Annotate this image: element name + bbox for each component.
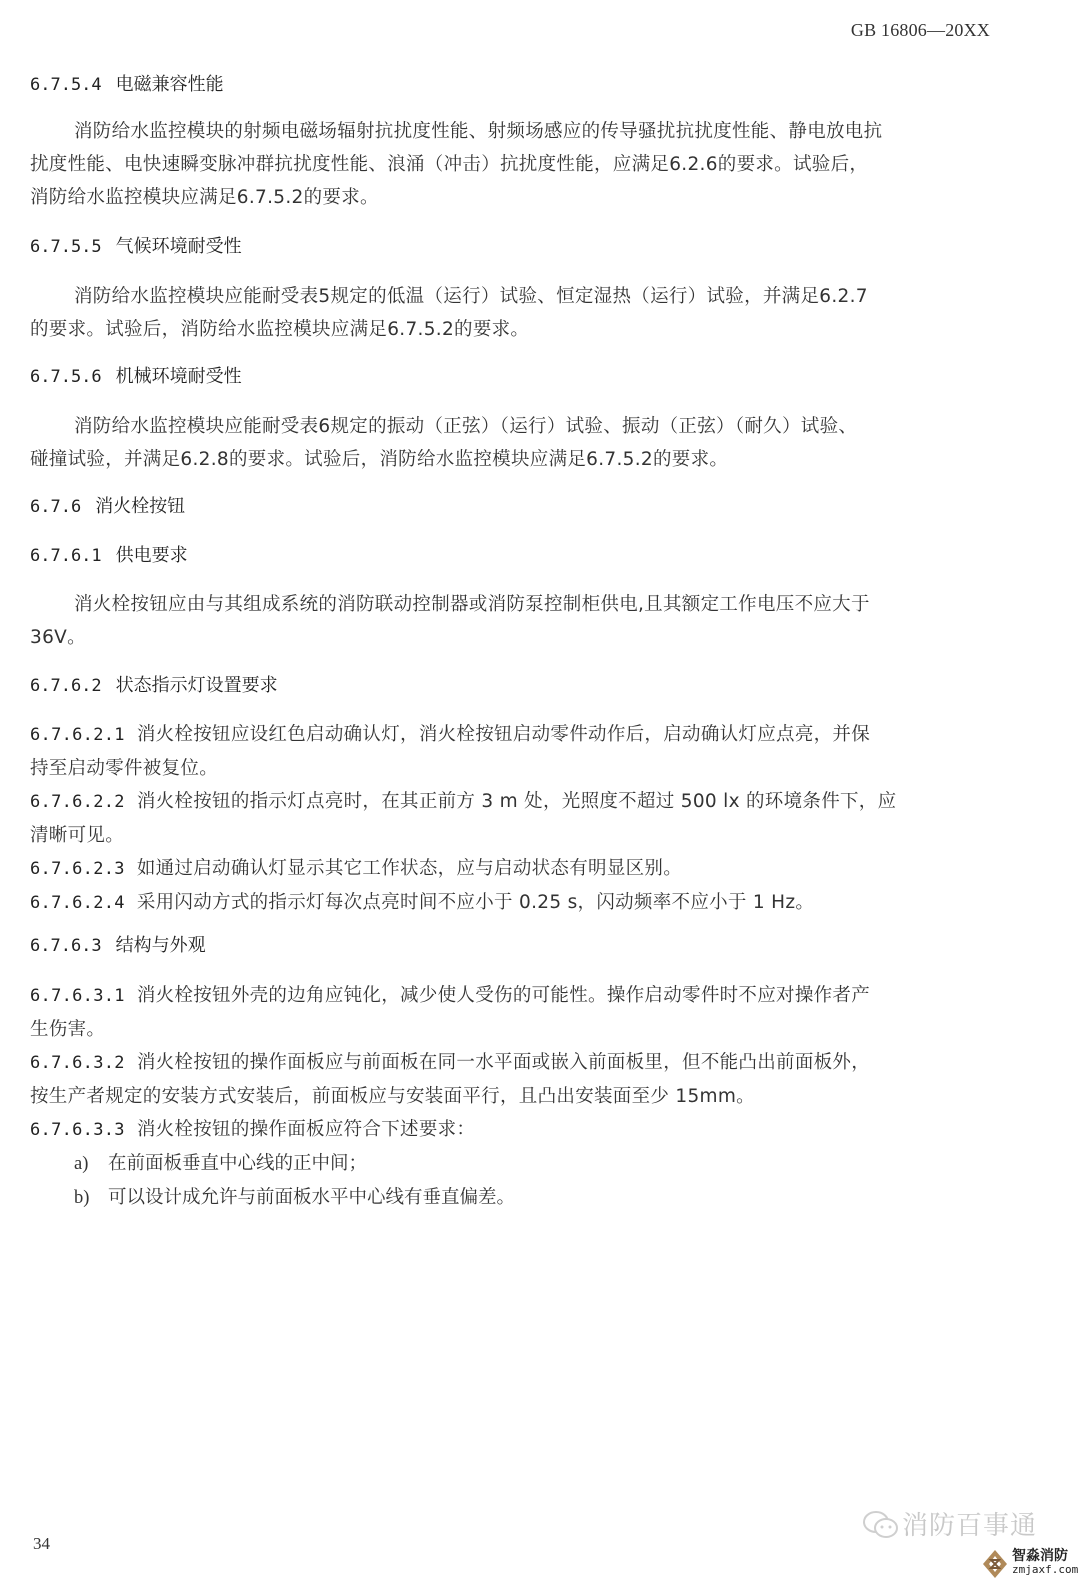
paragraph-6755: 消防给水监控模块应能耐受表5规定的低温（运行）试验、恒定湿热（运行）试验，并满足… — [30, 280, 1020, 346]
section-6756: 6.7.5.6机械环境耐受性 — [30, 362, 1020, 392]
clause-number: 6.7.6.3.3 — [30, 1120, 125, 1140]
clause-item: 6.7.6.3.2消火栓按钮的操作面板应与前面板在同一水平面或嵌入前面板里，但不… — [30, 1046, 1020, 1080]
clause-number: 6.7.6.2.4 — [30, 893, 125, 913]
clause-number: 6.7.6.2.2 — [30, 792, 125, 812]
clause-continuation: 清晰可见。 — [30, 819, 1020, 852]
clause-number: 6.7.6.3.1 — [30, 986, 125, 1006]
paragraph-6754: 消防给水监控模块的射频电磁场辐射抗扰度性能、射频场感应的传导骚扰抗扰度性能、静电… — [30, 115, 1020, 214]
section-title: 消火栓按钮 — [95, 496, 185, 517]
clause-text: 如通过启动确认灯显示其它工作状态，应与启动状态有明显区别。 — [137, 858, 682, 879]
clause-number: 6.7.6.2.3 — [30, 859, 125, 879]
section-number: 6.7.5.6 — [30, 367, 102, 387]
section-number: 6.7.5.4 — [30, 75, 102, 95]
section-heading: 6.7.5.6机械环境耐受性 — [30, 362, 1020, 392]
clause-text: 采用闪动方式的指示灯每次点亮时间不应小于 0.25 s，闪动频率不应小于 1 H… — [137, 892, 814, 913]
section-number: 6.7.6.3 — [30, 936, 102, 956]
clause-item: 6.7.6.3.1消火栓按钮外壳的边角应钝化，减少使人受伤的可能性。操作启动零件… — [30, 979, 1020, 1013]
clause-number: 6.7.6.3.2 — [30, 1053, 125, 1073]
section-title: 供电要求 — [116, 545, 188, 566]
paragraph-line: 扰度性能、电快速瞬变脉冲群抗扰度性能、浪涌（冲击）抗扰度性能，应满足6.2.6的… — [30, 148, 1020, 181]
clause-text: 消火栓按钮外壳的边角应钝化，减少使人受伤的可能性。操作启动零件时不应对操作者产 — [137, 985, 870, 1006]
section-title: 状态指示灯设置要求 — [116, 675, 278, 696]
clause-continuation: 持至启动零件被复位。 — [30, 752, 1020, 785]
clauses-6762: 6.7.6.2.1消火栓按钮应设红色启动确认灯，消火栓按钮启动零件动作后，启动确… — [30, 718, 1020, 920]
watermark-account-name: 消防百事通 — [902, 1505, 1037, 1542]
paragraph-line: 消火栓按钮应由与其组成系统的消防联动控制器或消防泵控制柜供电,且其额定工作电压不… — [30, 588, 1020, 621]
paragraph-6756: 消防给水监控模块应能耐受表6规定的振动（正弦）（运行）试验、振动（正弦）（耐久）… — [30, 410, 1020, 476]
list-text: 可以设计成允许与前面板水平中心线有垂直偏差。 — [108, 1187, 515, 1208]
section-heading: 6.7.6.2状态指示灯设置要求 — [30, 671, 1020, 701]
section-title: 气候环境耐受性 — [116, 236, 242, 257]
section-676: 6.7.6消火栓按钮 — [30, 492, 1020, 522]
list-text: 在前面板垂直中心线的正中间； — [108, 1153, 367, 1174]
section-number: 6.7.6.2 — [30, 676, 102, 696]
section-6754: 6.7.5.4电磁兼容性能 — [30, 70, 1020, 100]
section-heading: 6.7.6.3结构与外观 — [30, 931, 1020, 961]
clause-number: 6.7.6.2.1 — [30, 725, 125, 745]
clause-text: 消火栓按钮应设红色启动确认灯，消火栓按钮启动零件动作后，启动确认灯应点亮，并保 — [137, 724, 870, 745]
section-number: 6.7.5.5 — [30, 237, 102, 257]
section-heading: 6.7.6消火栓按钮 — [30, 492, 1020, 522]
section-6755: 6.7.5.5气候环境耐受性 — [30, 232, 1020, 262]
list-item: a)在前面板垂直中心线的正中间； — [30, 1147, 1020, 1181]
watermark: 消防百事通 智淼消防 zmjaxf.com — [862, 1505, 1072, 1585]
section-title: 机械环境耐受性 — [116, 366, 242, 387]
section-number: 6.7.6 — [30, 497, 81, 517]
list-item: b)可以设计成允许与前面板水平中心线有垂直偏差。 — [30, 1181, 1020, 1215]
clauses-6763: 6.7.6.3.1消火栓按钮外壳的边角应钝化，减少使人受伤的可能性。操作启动零件… — [30, 979, 1020, 1215]
brand-logo-icon — [982, 1549, 1008, 1583]
paragraph-line: 碰撞试验，并满足6.2.8的要求。试验后，消防给水监控模块应满足6.7.5.2的… — [30, 443, 1020, 476]
clause-item: 6.7.6.2.2消火栓按钮的指示灯点亮时，在其正前方 3 m 处，光照度不超过… — [30, 785, 1020, 819]
clause-item: 6.7.6.2.3如通过启动确认灯显示其它工作状态，应与启动状态有明显区别。 — [30, 852, 1020, 886]
standard-code: GB 16806—20XX — [851, 20, 990, 41]
section-title: 电磁兼容性能 — [116, 74, 224, 95]
section-heading: 6.7.6.1供电要求 — [30, 541, 1020, 571]
section-title: 结构与外观 — [116, 935, 206, 956]
paragraph-line: 的要求。试验后，消防给水监控模块应满足6.7.5.2的要求。 — [30, 313, 1020, 346]
brand-name: 智淼消防 — [1012, 1545, 1068, 1565]
clause-item: 6.7.6.3.3消火栓按钮的操作面板应符合下述要求： — [30, 1113, 1020, 1147]
section-6762: 6.7.6.2状态指示灯设置要求 — [30, 671, 1020, 701]
section-number: 6.7.6.1 — [30, 546, 102, 566]
section-6761: 6.7.6.1供电要求 — [30, 541, 1020, 571]
paragraph-line: 消防给水监控模块的射频电磁场辐射抗扰度性能、射频场感应的传导骚扰抗扰度性能、静电… — [30, 115, 1020, 148]
clause-text: 消火栓按钮的操作面板应与前面板在同一水平面或嵌入前面板里，但不能凸出前面板外， — [137, 1052, 870, 1073]
paragraph-line: 消防给水监控模块应能耐受表6规定的振动（正弦）（运行）试验、振动（正弦）（耐久）… — [30, 410, 1020, 443]
section-heading: 6.7.5.4电磁兼容性能 — [30, 70, 1020, 100]
clause-continuation: 按生产者规定的安装方式安装后，前面板应与安装面平行，且凸出安装面至少 15mm。 — [30, 1080, 1020, 1113]
clause-item: 6.7.6.2.1消火栓按钮应设红色启动确认灯，消火栓按钮启动零件动作后，启动确… — [30, 718, 1020, 752]
clause-item: 6.7.6.2.4采用闪动方式的指示灯每次点亮时间不应小于 0.25 s，闪动频… — [30, 886, 1020, 920]
paragraph-6761: 消火栓按钮应由与其组成系统的消防联动控制器或消防泵控制柜供电,且其额定工作电压不… — [30, 588, 1020, 654]
wechat-icon — [862, 1509, 900, 1547]
page-number: 34 — [33, 1534, 50, 1554]
section-6763: 6.7.6.3结构与外观 — [30, 931, 1020, 961]
list-marker: b) — [74, 1182, 108, 1215]
clause-continuation: 生伤害。 — [30, 1013, 1020, 1046]
paragraph-line: 消防给水监控模块应满足6.7.5.2的要求。 — [30, 181, 1020, 214]
paragraph-line: 36V。 — [30, 621, 1020, 654]
clause-text: 消火栓按钮的指示灯点亮时，在其正前方 3 m 处，光照度不超过 500 lx 的… — [137, 791, 897, 812]
clause-text: 消火栓按钮的操作面板应符合下述要求： — [137, 1119, 475, 1140]
paragraph-line: 消防给水监控模块应能耐受表5规定的低温（运行）试验、恒定湿热（运行）试验，并满足… — [30, 280, 1020, 313]
section-heading: 6.7.5.5气候环境耐受性 — [30, 232, 1020, 262]
list-marker: a) — [74, 1148, 108, 1181]
brand-url: zmjaxf.com — [1012, 1563, 1078, 1576]
